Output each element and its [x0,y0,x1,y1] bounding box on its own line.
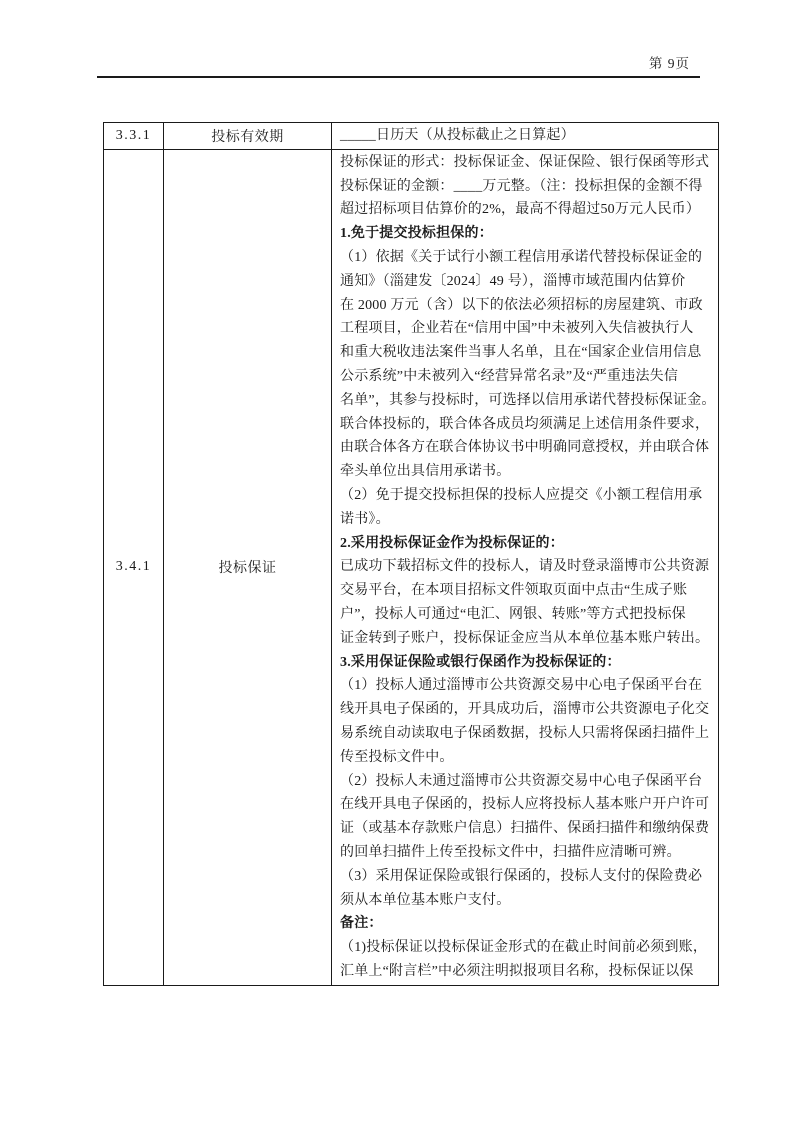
content-line: （1）投标人通过淄博市公共资源交易中心电子保函平台在 [340,674,715,698]
content-line: 超过招标项目估算价的2%，最高不得超过50万元人民币） [340,198,715,222]
content-line: 投标保证的金额：____万元整。（注：投标担保的金额不得 [340,175,715,199]
spec-table: 3.3.1 投标有效期 _____日历天（从投标截止之日算起） 3.4.1 投标… [103,122,719,986]
content-line: 由联合体各方在联合体协议书中明确同意授权，并由联合体 [340,436,715,460]
item-name-cell: 投标有效期 [164,123,332,150]
clause-id-cell: 3.4.1 [104,149,164,985]
content-line: 传至投标文件中。 [340,746,715,770]
content-line: 在 2000 万元（含）以下的依法必须招标的房屋建筑、市政 [340,294,715,318]
content-line: 和重大税收违法案件当事人名单，且在“国家企业信用信息 [340,341,715,365]
bid-security-content: 投标保证的形式：投标保证金、保证保险、银行保函等形式投标保证的金额：____万元… [332,149,719,985]
content-line: 名单”，其参与投标时，可选择以信用承诺代替投标保证金。 [340,389,715,413]
item-name-cell: 投标保证 [164,149,332,985]
table-row-bid-validity: 3.3.1 投标有效期 _____日历天（从投标截止之日算起） [104,123,719,150]
content-line: 3.采用保证保险或银行保函作为投标保证的： [340,651,715,675]
content-line: 备注： [340,912,715,936]
content-line: 证金转到子账户，投标保证金应当从本单位基本账户转出。 [340,627,715,651]
page-header: 第 9页 [97,52,700,78]
content-line: 须从本单位基本账户支付。 [340,889,715,913]
content-line: 交易平台，在本项目招标文件领取页面中点击“生成子账 [340,579,715,603]
bid-validity-content: _____日历天（从投标截止之日算起） [340,124,715,148]
content-line: 易系统自动读取电子保函数据，投标人只需将保函扫描件上 [340,722,715,746]
content-line: 牵头单位出具信用承诺书。 [340,460,715,484]
content-line: （2）免于提交投标担保的投标人应提交《小额工程信用承 [340,484,715,508]
content-line: （3）采用保证保险或银行保函的，投标人支付的保险费必 [340,865,715,889]
content-line: 的回单扫描件上传至投标文件中，扫描件应清晰可辨。 [340,841,715,865]
content-line: 证（或基本存款账户信息）扫描件、保函扫描件和缴纳保费 [340,817,715,841]
content-line: 投标保证的形式：投标保证金、保证保险、银行保函等形式 [340,151,715,175]
content-line: 汇单上“附言栏”中必须注明拟报项目名称，投标保证以保 [340,960,715,984]
content-line: 联合体投标的，联合体各成员均须满足上述信用条件要求， [340,413,715,437]
content-line: （1)投标保证以投标保证金形式的在截止时间前必须到账， [340,936,715,960]
content-line: 通知》（淄建发〔2024〕49 号），淄博市域范围内估算价 [340,270,715,294]
content-line: 户”，投标人可通过“电汇、网银、转账”等方式把投标保 [340,603,715,627]
content-line: 诺书》。 [340,508,715,532]
content-line: 在线开具电子保函的，投标人应将投标人基本账户开户许可 [340,793,715,817]
content-line: 2.采用投标保证金作为投标保证的： [340,532,715,556]
table-row-bid-security: 3.4.1 投标保证 投标保证的形式：投标保证金、保证保险、银行保函等形式投标保… [104,149,719,985]
content-line: 工程项目，企业若在“信用中国”中未被列入失信被执行人 [340,317,715,341]
content-line: （2）投标人未通过淄博市公共资源交易中心电子保函平台 [340,770,715,794]
clause-id-cell: 3.3.1 [104,123,164,150]
content-line: 已成功下载招标文件的投标人，请及时登录淄博市公共资源 [340,555,715,579]
document-page: 第 9页 3.3.1 投标有效期 _____日历天（从投标截止之日算起） 3.4… [0,0,793,1122]
content-line: 公示系统”中未被列入“经营异常名录”及“严重违法失信 [340,365,715,389]
content-line: 1.免于提交投标担保的： [340,222,715,246]
content-line: （1）依据《关于试行小额工程信用承诺代替投标保证金的 [340,246,715,270]
page-number: 第 9页 [649,56,700,71]
content-line: 线开具电子保函的，开具成功后，淄博市公共资源电子化交 [340,698,715,722]
